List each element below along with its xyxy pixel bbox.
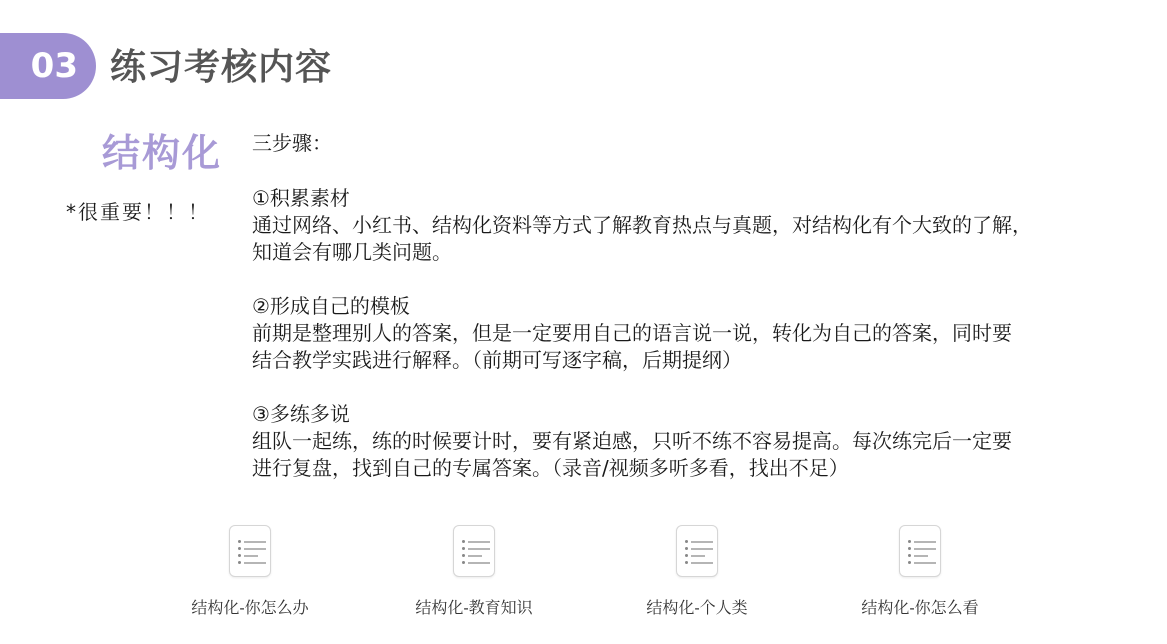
attachment-label[interactable]: 结构化-个人类 [646,595,747,618]
document-list-icon[interactable] [453,525,495,577]
attachment-item[interactable]: 结构化-你怎么办 [160,525,340,618]
attachment-item[interactable]: 结构化-教育知识 [384,525,564,618]
attachment-label[interactable]: 结构化-你怎么办 [191,595,308,618]
step-3: ③多练多说 组队一起练，练的时候要计时，要有紧迫感，只听不练不容易提高。每次练完… [252,401,1132,482]
step-1: ①积累素材 通过网络、小红书、结构化资料等方式了解教育热点与真题，对结构化有个大… [252,185,1132,266]
section-number-badge: 03 [0,33,96,99]
section-number: 03 [31,46,78,86]
document-list-icon[interactable] [676,525,718,577]
step-text-line: 进行复盘，找到自己的专属答案。（录音/视频多听多看，找出不足） [252,455,1132,482]
step-text-line: 前期是整理别人的答案，但是一定要用自己的语言说一说，转化为自己的答案，同时要 [252,320,1132,347]
document-list-icon[interactable] [899,525,941,577]
step-text-line: 组队一起练，练的时候要计时，要有紧迫感，只听不练不容易提高。每次练完后一定要 [252,428,1132,455]
attachment-label[interactable]: 结构化-你怎么看 [861,595,978,618]
step-heading: ③多练多说 [252,401,1132,428]
step-text-line: 结合教学实践进行解释。（前期可写逐字稿，后期提纲） [252,347,1132,374]
step-text-line: 通过网络、小红书、结构化资料等方式了解教育热点与真题，对结构化有个大致的了解， [252,212,1132,239]
steps-content: 三步骤： ①积累素材 通过网络、小红书、结构化资料等方式了解教育热点与真题，对结… [252,130,1132,509]
step-text-line: 知道会有哪几类问题。 [252,239,1132,266]
attachment-label[interactable]: 结构化-教育知识 [415,595,532,618]
attachment-item[interactable]: 结构化-个人类 [607,525,787,618]
steps-intro: 三步骤： [252,130,1132,157]
side-title: 结构化 [102,130,222,176]
attachment-item[interactable]: 结构化-你怎么看 [830,525,1010,618]
document-list-icon[interactable] [229,525,271,577]
step-heading: ②形成自己的模板 [252,293,1132,320]
attachment-list: 结构化-你怎么办 结构化-教育知识 结构化-个人类 结构化-你怎么看 [160,525,1040,625]
step-2: ②形成自己的模板 前期是整理别人的答案，但是一定要用自己的语言说一说，转化为自己… [252,293,1132,374]
importance-note: *很重要！！！ [66,198,210,226]
page-title: 练习考核内容 [110,44,332,92]
step-heading: ①积累素材 [252,185,1132,212]
